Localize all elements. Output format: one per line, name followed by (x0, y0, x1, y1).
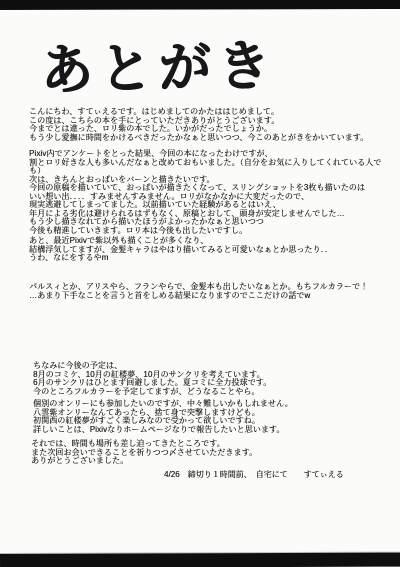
scan-edge-bottom (0, 553, 400, 567)
scan-edge-top (0, 0, 400, 10)
paragraph-event-participation: 個別のオンリーにも参加したいのですが、中々難しいかもしれません。 八雲紫オンリー… (33, 400, 392, 434)
paragraph-survey-and-drawing: Pixiv内でアンケートをとった結果、今回の本になったわけですが、 割とロリ好き… (29, 150, 392, 235)
page-title: あとがき (40, 21, 278, 105)
scanned-afterword-page: あとがき こんにちわ、すてぃえるです。はじめましてのかたははじめまして。 この度… (0, 0, 400, 567)
paragraph-future-schedule: ちなみに今後の予定は、 8月のコミケ、10月の紅楼夢、10月のサンクリを考えてい… (33, 362, 392, 396)
paragraph-greeting: こんにちわ、すてぃえるです。はじめましてのかたははじめまして。 この度は、こちら… (29, 108, 392, 142)
paragraph-closing: それでは、時間も場所も差し迫ってきたところです。 また次回お会いできることを祈り… (31, 440, 392, 466)
paragraph-other-characters: あと、最近Pixivで紫以外も描くことが多くなり、 結構浮気してますが、金髪キャ… (29, 237, 392, 263)
signature-line: 4/26 締切り１時間前、 自宅にて すてぃえる (164, 469, 344, 480)
paragraph-blonde-book-plans: パルスィとか、アリスやら、フランやらで、金髪本も出したいなぁとか。もちフルカラー… (29, 283, 392, 300)
